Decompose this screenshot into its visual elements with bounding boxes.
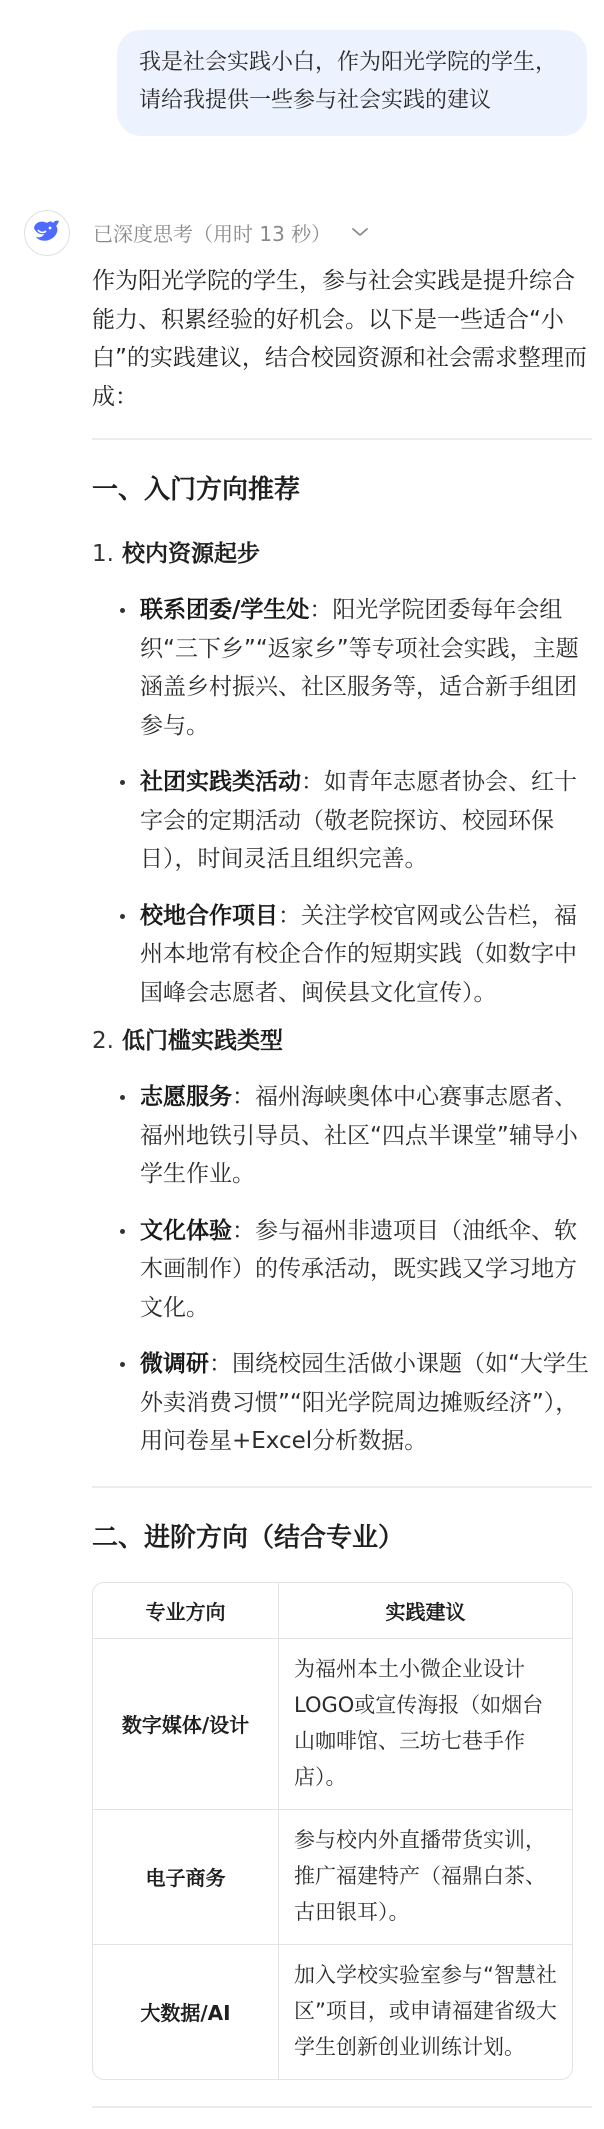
table-cell-major: 数字媒体/设计 [93,1639,279,1810]
bullet-list: 联系团委/学生处：阳光学院团委每年会组织“三下乡”“返家乡”等专项社会实践，主题… [122,591,592,1012]
table-header-cell: 实践建议 [279,1583,572,1639]
user-message-bubble: 我是社会实践小白，作为阳光学院的学生，请给我提供一些参与社会实践的建议 [117,30,587,136]
user-message-text: 我是社会实践小白，作为阳光学院的学生，请给我提供一些参与社会实践的建议 [139,50,557,113]
intro-paragraph: 作为阳光学院的学生，参与社会实践是提升综合能力、积累经验的好机会。以下是一些适合… [92,262,592,416]
assistant-avatar [24,210,70,256]
section-heading: 二、进阶方向（结合专业） [92,1518,592,1558]
assistant-answer: 作为阳光学院的学生，参与社会实践是提升综合能力、积累经验的好机会。以下是一些适合… [92,262,592,2108]
table-cell-advice: 为福州本土小微企业设计LOGO或宣传海报（如烟台山咖啡馆、三坊七巷手作店）。 [279,1639,572,1810]
list-item: 文化体验：参与福州非遗项目（油纸伞、软木画制作）的传承活动，既实践又学习地方文化… [122,1212,592,1328]
list-group-heading: 1. 校内资源起步 [92,535,592,573]
whale-logo-icon [32,219,62,247]
list-item: 微调研：围绕校园生活做小课题（如“大学生外卖消费习惯”“阳光学院周边摊贩经济”）… [122,1345,592,1461]
table-cell-advice: 加入学校实验室参与“智慧社区”项目，或申请福建省级大学生创新创业训练计划。 [279,1945,572,2079]
table-row: 大数据/AI 加入学校实验室参与“智慧社区”项目，或申请福建省级大学生创新创业训… [93,1945,572,2079]
table-header-cell: 专业方向 [93,1583,279,1639]
table-row: 数字媒体/设计 为福州本土小微企业设计LOGO或宣传海报（如烟台山咖啡馆、三坊七… [93,1639,572,1810]
table-cell-advice: 参与校内外直播带货实训，推广福建特产（福鼎白茶、古田银耳）。 [279,1810,572,1945]
table-header-row: 专业方向 实践建议 [93,1583,572,1639]
section-heading: 一、入门方向推荐 [92,470,592,510]
practice-table: 专业方向 实践建议 数字媒体/设计 为福州本土小微企业设计LOGO或宣传海报（如… [92,1582,573,2080]
thinking-label: 已深度思考（用时 13 秒） [93,218,331,247]
chevron-down-icon [349,221,371,243]
table-cell-major: 大数据/AI [93,1945,279,2079]
thinking-toggle[interactable]: 已深度思考（用时 13 秒） [93,215,371,249]
section-divider [92,438,592,440]
table-row: 电子商务 参与校内外直播带货实训，推广福建特产（福鼎白茶、古田银耳）。 [93,1810,572,1945]
section-divider [92,2106,592,2108]
section-divider [92,1486,592,1488]
list-item: 社团实践类活动：如青年志愿者协会、红十字会的定期活动（敬老院探访、校园环保日），… [122,763,592,879]
table-cell-major: 电子商务 [93,1810,279,1945]
list-item: 志愿服务：福州海峡奥体中心赛事志愿者、福州地铁引导员、社区“四点半课堂”辅导小学… [122,1078,592,1194]
bullet-list: 志愿服务：福州海峡奥体中心赛事志愿者、福州地铁引导员、社区“四点半课堂”辅导小学… [122,1078,592,1461]
list-item: 联系团委/学生处：阳光学院团委每年会组织“三下乡”“返家乡”等专项社会实践，主题… [122,591,592,745]
list-group-heading: 2. 低门槛实践类型 [92,1022,592,1060]
list-item: 校地合作项目：关注学校官网或公告栏，福州本地常有校企合作的短期实践（如数字中国峰… [122,897,592,1013]
